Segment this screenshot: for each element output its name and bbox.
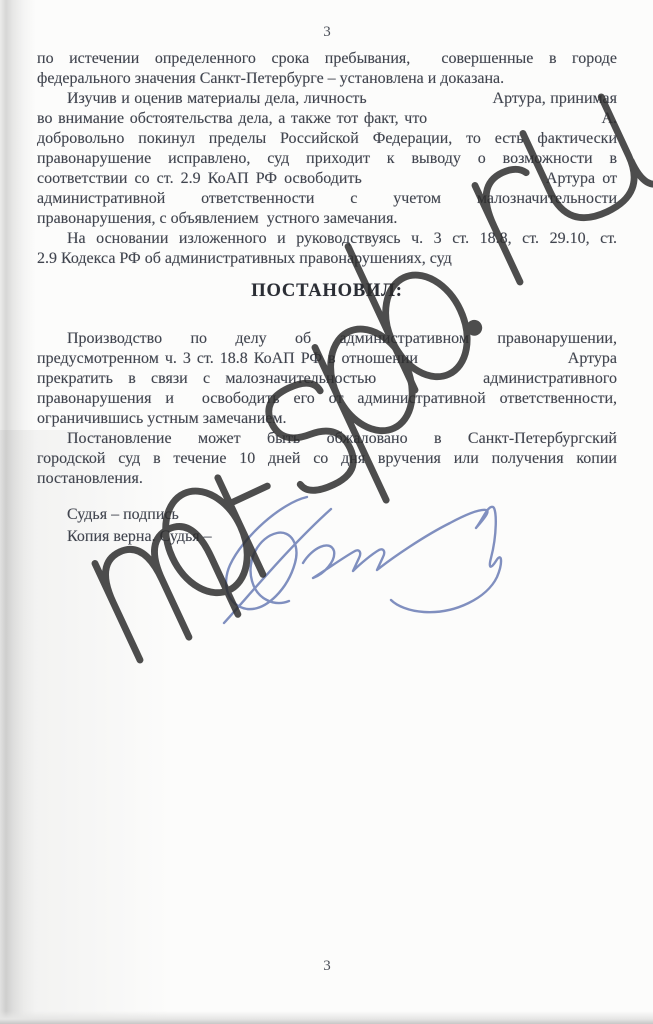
- page-number-bottom: 3: [37, 958, 617, 975]
- scanned-court-document-page: 3 по истечении определенного срока пребы…: [0, 0, 653, 1024]
- watermark: ma-spb.ru: [0, 0, 653, 1024]
- scan-bottom-edge-shadow: [0, 1011, 653, 1024]
